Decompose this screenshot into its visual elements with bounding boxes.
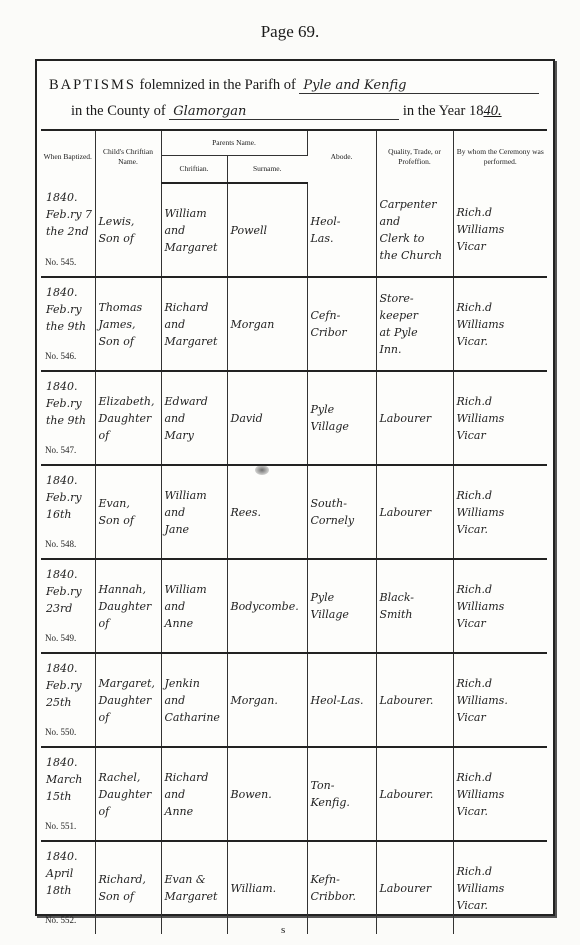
handwritten-line: Elizabeth, (99, 393, 158, 410)
officiant-cell: Rich.dWilliamsVicar. (453, 277, 547, 371)
handwritten-line: and (165, 222, 224, 239)
entry-number: No. 549. (45, 630, 76, 647)
handwritten-line: Morgan. (231, 692, 304, 709)
surname-cell: Morgan. (227, 653, 307, 747)
handwritten-line: Williams (457, 504, 545, 521)
date-line: 16th (46, 506, 82, 523)
handwritten-line: Margaret, (99, 675, 158, 692)
date-line: 1840. (46, 472, 82, 489)
handwritten-line: Daughter (99, 692, 158, 709)
handwritten-line: of (99, 615, 158, 632)
date-line: 1840. (46, 660, 82, 677)
handwritten-line: and (165, 598, 224, 615)
quality-cell: Labourer (376, 371, 453, 465)
handwritten-line: Cribor (311, 324, 373, 341)
date-line: 1840. (46, 189, 92, 206)
handwritten-line: at Pyle (380, 324, 450, 341)
abode-cell: Cefn-Cribor (307, 277, 376, 371)
year-label: in the Year 18 (403, 103, 484, 119)
parents-christian-cell: Evan &Margaret (161, 841, 227, 934)
handwritten-line: Labourer. (380, 786, 450, 803)
abode-cell: Kefn-Cribbor. (307, 841, 376, 934)
date-line: 1840. (46, 848, 78, 865)
col-child-name: Child's Chriftian Name. (95, 130, 161, 183)
handwritten-line: James, (99, 316, 158, 333)
quality-cell: Labourer (376, 465, 453, 559)
entry-number: No. 552. (45, 912, 76, 929)
handwritten-line: Rachel, (99, 769, 158, 786)
handwritten-line: Kenfig. (311, 794, 373, 811)
handwritten-line: of (99, 427, 158, 444)
footer-signature: s (281, 924, 285, 936)
when-baptized-cell: 1840.Feb.rythe 9thNo. 546. (41, 277, 95, 371)
handwritten-line: Labourer (380, 410, 450, 427)
handwritten-line: William (165, 581, 224, 598)
officiant-cell: Rich.dWilliamsVicar. (453, 747, 547, 841)
child-name-cell: Rachel,Daughterof (95, 747, 161, 841)
parents-christian-cell: WilliamandAnne (161, 559, 227, 653)
when-baptized-cell: 1840.Feb.rythe 9thNo. 547. (41, 371, 95, 465)
handwritten-line: Las. (311, 230, 373, 247)
title-text: folemnized in the Parifh of (136, 77, 299, 93)
register-title: BAPTISMS folemnized in the Parifh of Pyl… (47, 71, 545, 131)
date-line: 15th (46, 788, 82, 805)
handwritten-line: Son of (99, 888, 158, 905)
when-baptized-cell: 1840.Feb.ry23rdNo. 549. (41, 559, 95, 653)
handwritten-line: Carpenter (380, 196, 450, 213)
col-when: When Baptized. (41, 130, 95, 183)
year-field: 40. (483, 103, 501, 119)
handwritten-line: Williams (457, 786, 545, 803)
handwritten-line: Rich.d (457, 581, 545, 598)
handwritten-line: Rich.d (457, 487, 545, 504)
table-row: 1840.March15thNo. 551.Rachel,DaughterofR… (41, 747, 547, 841)
handwritten-line: Hannah, (99, 581, 158, 598)
handwritten-line: William. (231, 880, 304, 897)
handwritten-line: Rich.d (457, 769, 545, 786)
date-line: the 2nd (46, 223, 92, 240)
quality-cell: Labourer. (376, 653, 453, 747)
handwritten-line: Thomas (99, 299, 158, 316)
handwritten-line: Labourer. (380, 692, 450, 709)
handwritten-line: Richard (165, 299, 224, 316)
handwritten-line: Rees. (231, 504, 304, 521)
handwritten-line: Morgan (231, 316, 304, 333)
date-line: Feb.ry (46, 301, 86, 318)
handwritten-line: the Church (380, 247, 450, 264)
handwritten-line: Daughter (99, 598, 158, 615)
handwritten-line: Vicar. (457, 333, 545, 350)
table-row: 1840.April18thNo. 552.Richard,Son ofEvan… (41, 841, 547, 934)
handwritten-line: Rich.d (457, 393, 545, 410)
child-name-cell: Lewis,Son of (95, 183, 161, 277)
quality-cell: Labourer (376, 841, 453, 934)
date-line: 18th (46, 882, 78, 899)
handwritten-line: Catharine (165, 709, 224, 726)
date-line: the 9th (46, 318, 86, 335)
child-name-cell: Margaret,Daughterof (95, 653, 161, 747)
handwritten-line: Son of (99, 512, 158, 529)
handwritten-line: Inn. (380, 341, 450, 358)
handwritten-line: Lewis, (99, 213, 158, 230)
handwritten-line: Powell (231, 222, 304, 239)
handwritten-line: Cribbor. (311, 888, 373, 905)
handwritten-line: Jenkin (165, 675, 224, 692)
handwritten-line: Daughter (99, 410, 158, 427)
handwritten-line: Margaret (165, 239, 224, 256)
date-line: 1840. (46, 566, 82, 583)
handwritten-line: Labourer (380, 504, 450, 521)
parents-christian-cell: RichardandAnne (161, 747, 227, 841)
when-baptized-cell: 1840.March15thNo. 551. (41, 747, 95, 841)
child-name-cell: Elizabeth,Daughterof (95, 371, 161, 465)
date-line: Feb.ry 7 (46, 206, 92, 223)
abode-cell: PyleVillage (307, 559, 376, 653)
handwritten-line: Margaret (165, 333, 224, 350)
surname-cell: Rees. (227, 465, 307, 559)
quality-cell: Black-Smith (376, 559, 453, 653)
handwritten-line: keeper (380, 307, 450, 324)
surname-cell: William. (227, 841, 307, 934)
child-name-cell: Evan,Son of (95, 465, 161, 559)
parish-field: Pyle and Kenfig (299, 78, 539, 94)
date-line: the 9th (46, 412, 86, 429)
officiant-cell: Rich.dWilliams.Vicar (453, 653, 547, 747)
handwritten-line: Daughter (99, 786, 158, 803)
entry-number: No. 545. (45, 254, 76, 271)
abode-cell: South-Cornely (307, 465, 376, 559)
handwritten-line: Kefn- (311, 871, 373, 888)
handwritten-line: Anne (165, 615, 224, 632)
surname-cell: Powell (227, 183, 307, 277)
handwritten-line: Smith (380, 606, 450, 623)
handwritten-line: Cefn- (311, 307, 373, 324)
col-parents-surname: Surname. (227, 156, 307, 184)
handwritten-line: Labourer (380, 880, 450, 897)
table-row: 1840.Feb.ry23rdNo. 549.Hannah,Daughterof… (41, 559, 547, 653)
officiant-cell: Rich.dWilliamsVicar. (453, 841, 547, 934)
date-line: Feb.ry (46, 489, 82, 506)
handwritten-line: Vicar (457, 238, 545, 255)
entry-number: No. 547. (45, 442, 76, 459)
handwritten-line: Pyle (311, 401, 373, 418)
date-line: Feb.ry (46, 677, 82, 694)
date-line: 1840. (46, 378, 86, 395)
handwritten-line: Heol- (311, 213, 373, 230)
handwritten-line: Williams (457, 221, 545, 238)
handwritten-line: Pyle (311, 589, 373, 606)
officiant-cell: Rich.dWilliamsVicar (453, 371, 547, 465)
quality-cell: Store-keeperat PyleInn. (376, 277, 453, 371)
handwritten-line: Williams (457, 880, 545, 897)
handwritten-line: Richard (165, 769, 224, 786)
handwritten-line: Clerk to (380, 230, 450, 247)
handwritten-line: Heol-Las. (311, 692, 373, 709)
handwritten-line: Rich.d (457, 863, 545, 880)
table-row: 1840.Feb.rythe 9thNo. 547.Elizabeth,Daug… (41, 371, 547, 465)
col-parents-christian: Chriftian. (161, 156, 227, 184)
col-abode: Abode. (307, 130, 376, 183)
handwritten-line: and (380, 213, 450, 230)
entry-number: No. 551. (45, 818, 76, 835)
child-name-cell: ThomasJames,Son of (95, 277, 161, 371)
handwritten-line: Bodycombe. (231, 598, 304, 615)
child-name-cell: Hannah,Daughterof (95, 559, 161, 653)
handwritten-line: Margaret (165, 888, 224, 905)
handwritten-line: Vicar. (457, 521, 545, 538)
page-number: Page 69. (0, 22, 580, 42)
handwritten-line: Edward (165, 393, 224, 410)
handwritten-line: Vicar. (457, 803, 545, 820)
handwritten-line: Rich.d (457, 299, 545, 316)
entry-number: No. 548. (45, 536, 76, 553)
handwritten-line: Village (311, 418, 373, 435)
parents-christian-cell: EdwardandMary (161, 371, 227, 465)
handwritten-line: Vicar (457, 709, 545, 726)
handwritten-line: Village (311, 606, 373, 623)
surname-cell: Morgan (227, 277, 307, 371)
when-baptized-cell: 1840.Feb.ry16thNo. 548. (41, 465, 95, 559)
handwritten-line: Anne (165, 803, 224, 820)
title-heading: BAPTISMS (49, 77, 136, 93)
handwritten-line: Jane (165, 521, 224, 538)
officiant-cell: Rich.dWilliamsVicar (453, 183, 547, 277)
col-parents-name: Parents Name. (161, 130, 307, 156)
county-field: Glamorgan (169, 104, 399, 120)
handwritten-line: Mary (165, 427, 224, 444)
entry-number: No. 550. (45, 724, 76, 741)
handwritten-line: South- (311, 495, 373, 512)
parents-christian-cell: WilliamandJane (161, 465, 227, 559)
handwritten-line: and (165, 504, 224, 521)
handwritten-line: Vicar (457, 427, 545, 444)
table-row: 1840.Feb.ry 7the 2ndNo. 545.Lewis,Son of… (41, 183, 547, 277)
baptism-table: When Baptized. Child's Chriftian Name. P… (41, 129, 547, 934)
date-line: March (46, 771, 82, 788)
handwritten-line: and (165, 786, 224, 803)
surname-cell: Bowen. (227, 747, 307, 841)
date-line: 1840. (46, 754, 82, 771)
date-line: 25th (46, 694, 82, 711)
abode-cell: Heol-Las. (307, 653, 376, 747)
handwritten-line: Richard, (99, 871, 158, 888)
handwritten-line: William (165, 205, 224, 222)
baptism-register-form: BAPTISMS folemnized in the Parifh of Pyl… (35, 59, 555, 916)
child-name-cell: Richard,Son of (95, 841, 161, 934)
table-row: 1840.Feb.ry16thNo. 548.Evan,Son ofWillia… (41, 465, 547, 559)
handwritten-line: Williams (457, 598, 545, 615)
surname-cell: David (227, 371, 307, 465)
date-line: 23rd (46, 600, 82, 617)
date-line: Feb.ry (46, 395, 86, 412)
handwritten-line: Black- (380, 589, 450, 606)
county-label: in the County of (71, 103, 169, 119)
handwritten-line: Williams (457, 316, 545, 333)
handwritten-line: Son of (99, 333, 158, 350)
surname-cell: Bodycombe. (227, 559, 307, 653)
date-line: 1840. (46, 284, 86, 301)
handwritten-line: William (165, 487, 224, 504)
date-line: Feb.ry (46, 583, 82, 600)
officiant-cell: Rich.dWilliamsVicar (453, 559, 547, 653)
handwritten-line: Evan, (99, 495, 158, 512)
handwritten-line: of (99, 709, 158, 726)
handwritten-line: and (165, 316, 224, 333)
table-row: 1840.Feb.ry25thNo. 550.Margaret,Daughter… (41, 653, 547, 747)
col-quality: Quality, Trade, or Profeffion. (376, 130, 453, 183)
ink-smudge (255, 465, 269, 475)
handwritten-line: Williams. (457, 692, 545, 709)
handwritten-line: Vicar. (457, 897, 545, 914)
when-baptized-cell: 1840.Feb.ry 7the 2ndNo. 545. (41, 183, 95, 277)
date-line: April (46, 865, 78, 882)
handwritten-line: of (99, 803, 158, 820)
handwritten-line: and (165, 692, 224, 709)
handwritten-line: Vicar (457, 615, 545, 632)
handwritten-line: Cornely (311, 512, 373, 529)
parents-christian-cell: JenkinandCatharine (161, 653, 227, 747)
handwritten-line: David (231, 410, 304, 427)
handwritten-line: Store- (380, 290, 450, 307)
parents-christian-cell: RichardandMargaret (161, 277, 227, 371)
col-by-whom: By whom the Ceremony was performed. (453, 130, 547, 183)
handwritten-line: Bowen. (231, 786, 304, 803)
quality-cell: Labourer. (376, 747, 453, 841)
table-row: 1840.Feb.rythe 9thNo. 546.ThomasJames,So… (41, 277, 547, 371)
abode-cell: Heol-Las. (307, 183, 376, 277)
parents-christian-cell: WilliamandMargaret (161, 183, 227, 277)
handwritten-line: Evan & (165, 871, 224, 888)
handwritten-line: Williams (457, 410, 545, 427)
handwritten-line: Rich.d (457, 204, 545, 221)
officiant-cell: Rich.dWilliamsVicar. (453, 465, 547, 559)
when-baptized-cell: 1840.Feb.ry25thNo. 550. (41, 653, 95, 747)
abode-cell: PyleVillage (307, 371, 376, 465)
handwritten-line: Son of (99, 230, 158, 247)
quality-cell: CarpenterandClerk tothe Church (376, 183, 453, 277)
when-baptized-cell: 1840.April18thNo. 552. (41, 841, 95, 934)
abode-cell: Ton-Kenfig. (307, 747, 376, 841)
handwritten-line: and (165, 410, 224, 427)
handwritten-line: Ton- (311, 777, 373, 794)
entry-number: No. 546. (45, 348, 76, 365)
handwritten-line: Rich.d (457, 675, 545, 692)
